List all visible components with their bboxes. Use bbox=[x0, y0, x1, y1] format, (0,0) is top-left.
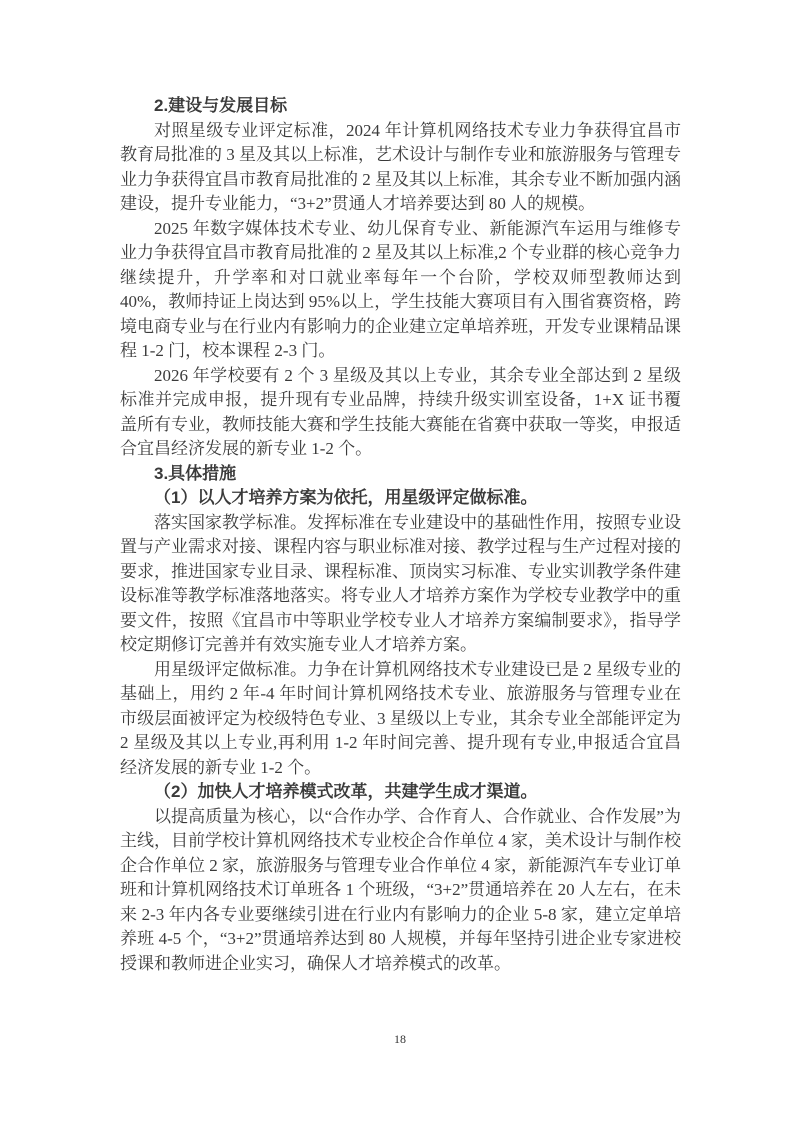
paragraph-2024-goals: 对照星级专业评定标准，2024 年计算机网络技术专业力争获得宜昌市教育局批准的 … bbox=[120, 119, 681, 217]
paragraph-cooperation-quality: 以提高质量为核心，以“合作办学、合作育人、合作就业、合作发展”为主线，目前学校计… bbox=[120, 805, 681, 977]
document-text-block: 2.建设与发展目标 对照星级专业评定标准，2024 年计算机网络技术专业力争获得… bbox=[120, 94, 681, 976]
paragraph-star-rating-standard: 用星级评定做标准。力争在计算机网络技术专业建设已是 2 星级专业的基础上，用约 … bbox=[120, 658, 681, 781]
heading-specific-measures: 3.具体措施 bbox=[120, 462, 681, 487]
heading-measure-2-training-mode-reform: （2）加快人才培养模式改革，共建学生成才渠道。 bbox=[120, 780, 681, 805]
heading-construction-development-goals: 2.建设与发展目标 bbox=[120, 94, 681, 119]
paragraph-national-teaching-standards: 落实国家教学标准。发挥标准在专业建设中的基础性作用，按照专业设置与产业需求对接、… bbox=[120, 511, 681, 658]
page-number: 18 bbox=[0, 1032, 800, 1046]
heading-measure-1-talent-plan: （1）以人才培养方案为依托，用星级评定做标准。 bbox=[120, 486, 681, 511]
paragraph-2026-goals: 2026 年学校要有 2 个 3 星级及其以上专业，其余专业全部达到 2 星级标… bbox=[120, 364, 681, 462]
document-page: 2.建设与发展目标 对照星级专业评定标准，2024 年计算机网络技术专业力争获得… bbox=[0, 0, 800, 1131]
paragraph-2025-goals: 2025 年数字媒体技术专业、幼儿保育专业、新能源汽车运用与维修专业力争获得宜昌… bbox=[120, 217, 681, 364]
